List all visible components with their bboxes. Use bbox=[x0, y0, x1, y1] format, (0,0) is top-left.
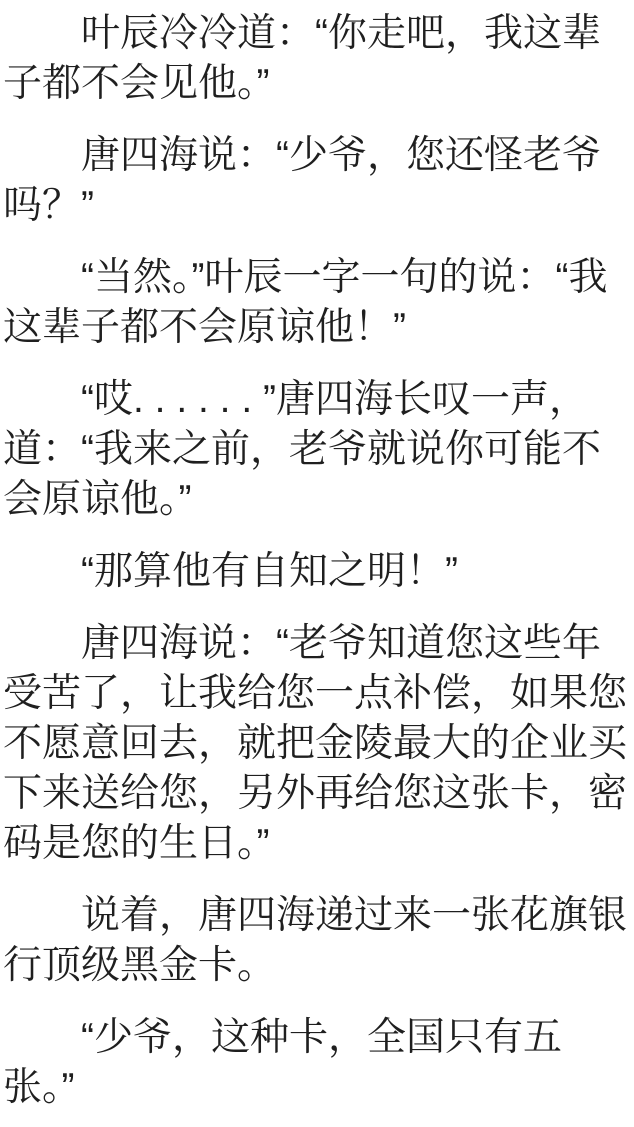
novel-paragraph: 叶辰冷冷道：“你走吧，我这辈子都不会见他。” bbox=[3, 9, 631, 109]
novel-text-body: 叶辰冷冷道：“你走吧，我这辈子都不会见他。”唐四海说：“少爷，您还怪老爷吗？”“… bbox=[3, 9, 631, 1113]
novel-paragraph: 唐四海说：“老爷知道您这些年受苦了，让我给您一点补偿，如果您不愿意回去，就把金陵… bbox=[3, 619, 631, 869]
reader-page: 叶辰冷冷道：“你走吧，我这辈子都不会见他。”唐四海说：“少爷，您还怪老爷吗？”“… bbox=[0, 0, 634, 1127]
novel-paragraph: “哎. . . . . . ”唐四海长叹一声，道：“我来之前，老爷就说你可能不会… bbox=[3, 375, 631, 525]
novel-paragraph: “那算他有自知之明！” bbox=[3, 547, 631, 597]
novel-paragraph: “当然。”叶辰一字一句的说：“我这辈子都不会原谅他！” bbox=[3, 253, 631, 353]
novel-paragraph: 唐四海说：“少爷，您还怪老爷吗？” bbox=[3, 131, 631, 231]
novel-paragraph: 说着，唐四海递过来一张花旗银行顶级黑金卡。 bbox=[3, 891, 631, 991]
novel-paragraph: “少爷，这种卡，全国只有五张。” bbox=[3, 1013, 631, 1113]
